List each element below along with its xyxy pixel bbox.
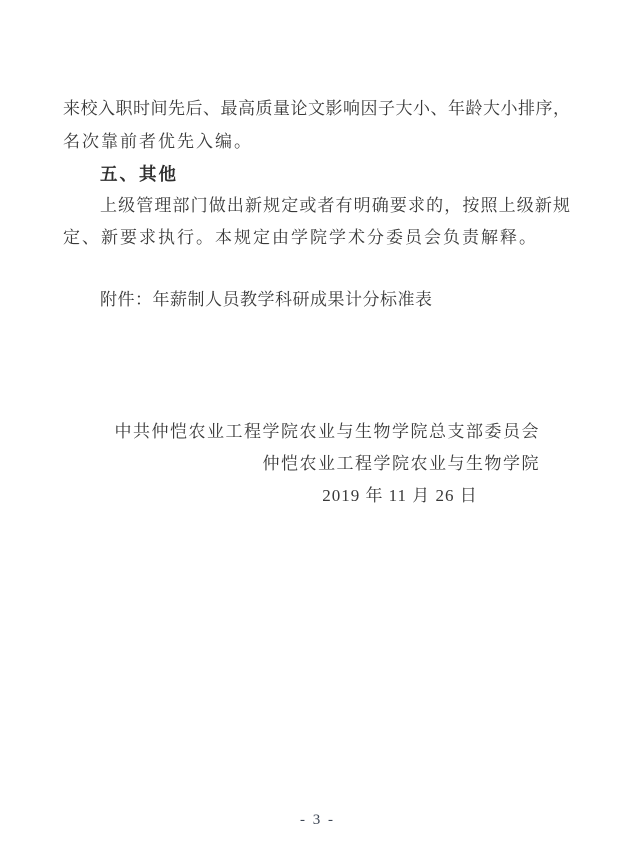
section-heading-other: 五、其他: [100, 162, 178, 186]
signature-date: 2019 年 11 月 26 日: [260, 484, 540, 508]
body-paragraph1-line1: 来校入职时间先后、最高质量论文影响因子大小、年龄大小排序，: [63, 97, 570, 121]
signature-org-line2: 仲恺农业工程学院农业与生物学院: [263, 452, 541, 476]
signature-org-line1: 中共仲恺农业工程学院农业与生物学院总支部委员会: [115, 420, 541, 444]
body-paragraph2-line2: 定、新要求执行。本规定由学院学术分委员会负责解释。: [63, 226, 538, 250]
document-page: 来校入职时间先后、最高质量论文影响因子大小、年龄大小排序， 名次靠前者优先入编。…: [0, 0, 635, 848]
body-paragraph2-line1: 上级管理部门做出新规定或者有明确要求的，按照上级新规: [100, 194, 570, 218]
body-paragraph1-line2: 名次靠前者优先入编。: [63, 130, 253, 154]
page-number: - 3 -: [0, 810, 635, 830]
attachment-reference-line: 附件：年薪制人员教学科研成果计分标准表: [100, 288, 433, 312]
